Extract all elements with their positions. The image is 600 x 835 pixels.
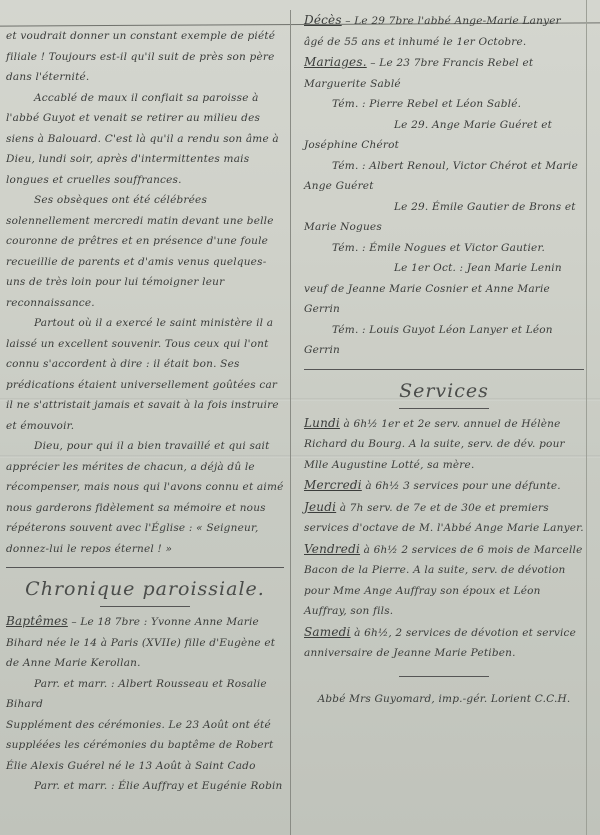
service-day: Jeudi — [304, 500, 336, 514]
column-divider — [290, 10, 291, 835]
mariages-label: Mariages. — [304, 55, 367, 69]
deces-label: Décès — [304, 13, 342, 27]
entry-label: Baptêmes — [6, 614, 68, 628]
service-entry: Lundi à 6h½ 1er et 2e serv. annuel de Hé… — [304, 413, 584, 476]
title-underline — [100, 606, 190, 607]
obituary-paragraph: Ses obsèques ont été célébrées solennell… — [6, 190, 284, 313]
services-title: Services — [304, 378, 584, 404]
right-margin-rule — [586, 0, 587, 835]
chronicle-entry: Parr. et marr. : Élie Auffray et Eugénie… — [6, 776, 284, 797]
printer-signature: Abbé Mrs Guyomard, imp.-gér. Lorient C.C… — [304, 689, 584, 710]
service-day: Mercredi — [304, 478, 362, 492]
chronicle-title: Chronique paroissiale. — [6, 576, 284, 602]
left-column: et voudrait donner un constant exemple d… — [6, 26, 284, 797]
service-text: à 6h½ 1er et 2e serv. annuel de Hélène R… — [304, 418, 565, 471]
service-text: à 6h½ 3 services pour une défunte. — [365, 480, 560, 492]
deces-entry: Décès – Le 29 7bre l'abbé Ange-Marie Lan… — [304, 10, 584, 52]
service-day: Lundi — [304, 416, 340, 430]
mariage-entry: Mariages. – Le 23 7bre Francis Rebel et … — [304, 52, 584, 94]
obituary-paragraph: Accablé de maux il confiait sa paroisse … — [6, 88, 284, 191]
section-rule — [6, 567, 284, 568]
obituary-intro: et voudrait donner un constant exemple d… — [6, 26, 284, 88]
chronicle-entry: Supplément des cérémonies. Le 23 Août on… — [6, 715, 284, 777]
signature-rule — [399, 676, 489, 677]
right-column: Décès – Le 29 7bre l'abbé Ange-Marie Lan… — [304, 10, 584, 709]
document-page: et voudrait donner un constant exemple d… — [0, 0, 600, 835]
service-entry: Samedi à 6h½, 2 services de dévotion et … — [304, 622, 584, 664]
mariage-witnesses: Tém. : Pierre Rebel et Léon Sablé. — [304, 94, 584, 115]
chronicle-entry: Baptêmes – Le 18 7bre : Yvonne Anne Mari… — [6, 611, 284, 674]
service-day: Samedi — [304, 625, 351, 639]
deces-text: – Le 29 7bre l'abbé Ange-Marie Lanyer âg… — [304, 15, 561, 48]
chronicle-entry: Parr. et marr. : Albert Rousseau et Rosa… — [6, 674, 284, 715]
mariage-entry: Le 1er Oct. : Jean Marie Lenin veuf de J… — [304, 258, 584, 320]
mariage-witnesses: Tém. : Louis Guyot Léon Lanyer et Léon G… — [304, 320, 584, 361]
obituary-paragraph: Dieu, pour qui il a bien travaillé et qu… — [6, 436, 284, 559]
service-entry: Mercredi à 6h½ 3 services pour une défun… — [304, 475, 584, 497]
section-rule — [304, 369, 584, 370]
mariage-entry: Le 29. Ange Marie Guéret et Joséphine Ch… — [304, 115, 584, 156]
mariage-witnesses: Tém. : Albert Renoul, Victor Chérot et M… — [304, 156, 584, 197]
mariage-entry: Le 29. Émile Gautier de Brons et Marie N… — [304, 197, 584, 238]
title-underline — [399, 408, 489, 409]
mariage-witnesses: Tém. : Émile Nogues et Victor Gautier. — [304, 238, 584, 259]
service-entry: Jeudi à 7h serv. de 7e et de 30e et prem… — [304, 497, 584, 539]
obituary-paragraph: Partout où il a exercé le saint ministèr… — [6, 313, 284, 436]
service-text: à 7h serv. de 7e et de 30e et premiers s… — [304, 502, 584, 535]
service-day: Vendredi — [304, 542, 360, 556]
service-entry: Vendredi à 6h½ 2 services de 6 mois de M… — [304, 539, 584, 622]
